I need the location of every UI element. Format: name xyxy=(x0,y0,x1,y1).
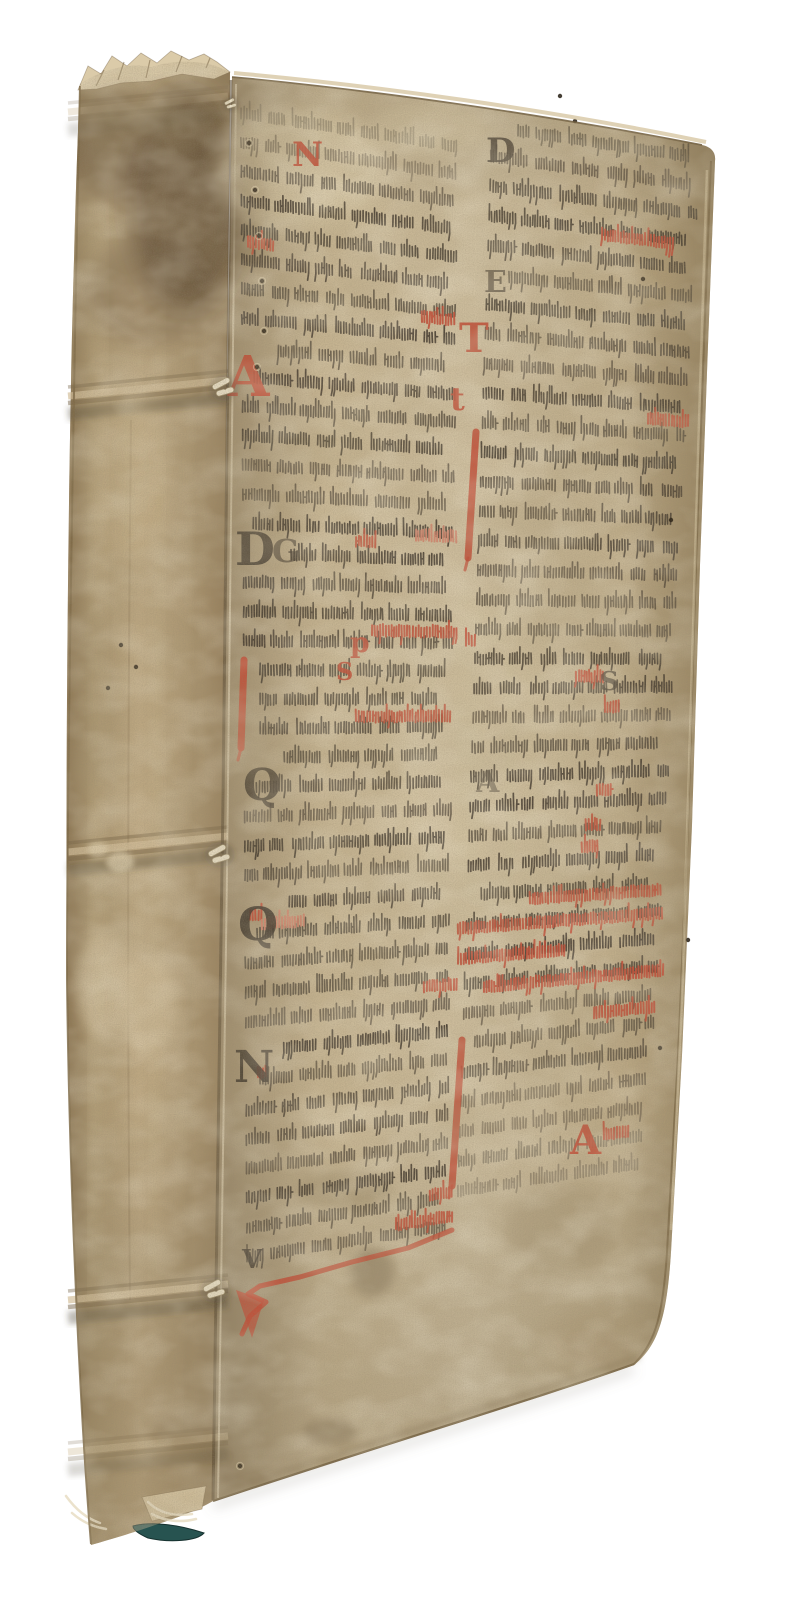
book-photo: NApSTtA DGQQNVDESA xyxy=(0,0,792,1600)
vellum-manuscript-book-photo: NApSTtA DGQQNVDESA xyxy=(0,0,792,1600)
vellum-texture xyxy=(60,45,720,1555)
book: NApSTtA DGQQNVDESA xyxy=(60,45,720,1555)
